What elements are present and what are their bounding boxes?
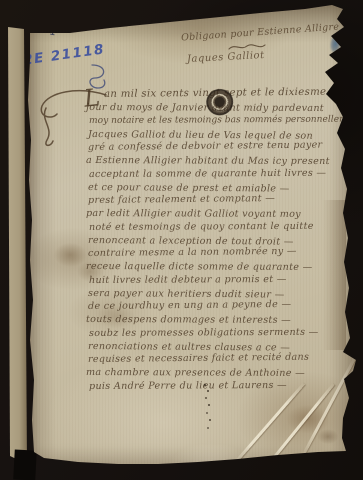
manuscript-line: noté et tesmoings de quoy contant le qui…	[89, 219, 351, 234]
folio-number: 1	[49, 27, 57, 39]
blue-ink-stain	[322, 28, 345, 66]
manuscript-line: contraire mesme a la non nombrée ny —	[88, 244, 350, 260]
book-spine-edge	[0, 0, 30, 480]
spine-dark-tab	[13, 449, 37, 480]
manuscript-line: requises et necessaires faict et recité …	[88, 350, 350, 366]
paper-stain	[272, 396, 352, 454]
paper-crease	[262, 383, 335, 472]
manuscript-line: huit livres ledit debteur a promis et —	[89, 272, 351, 287]
manuscript-line: prest faict realement et comptant —	[88, 191, 350, 207]
manuscript-line: soubz les promesses obligations serments…	[89, 325, 351, 340]
ink-speckles	[204, 384, 206, 386]
header-note-name: Jaques Galliot	[187, 50, 265, 65]
manuscript-text-block: an mil six cents vingt sept et le dixies…	[88, 88, 350, 393]
manuscript-line: acceptant la somme de quarante huit livr…	[89, 166, 351, 181]
manuscript-line: de ce jourdhuy en ung an a peyne de —	[88, 297, 350, 313]
manuscript-line: puis André Perre du lieu et Laurens —	[89, 378, 351, 393]
manuscript-line: gré a confessé de debvoir et estre tenu …	[88, 138, 350, 154]
paper-crease	[232, 382, 305, 465]
manuscript-page: 1 2E 21118 Obligaon pour Estienne Alligr…	[0, 0, 363, 480]
manuscript-scan: 1 2E 21118 Obligaon pour Estienne Alligr…	[0, 0, 363, 480]
